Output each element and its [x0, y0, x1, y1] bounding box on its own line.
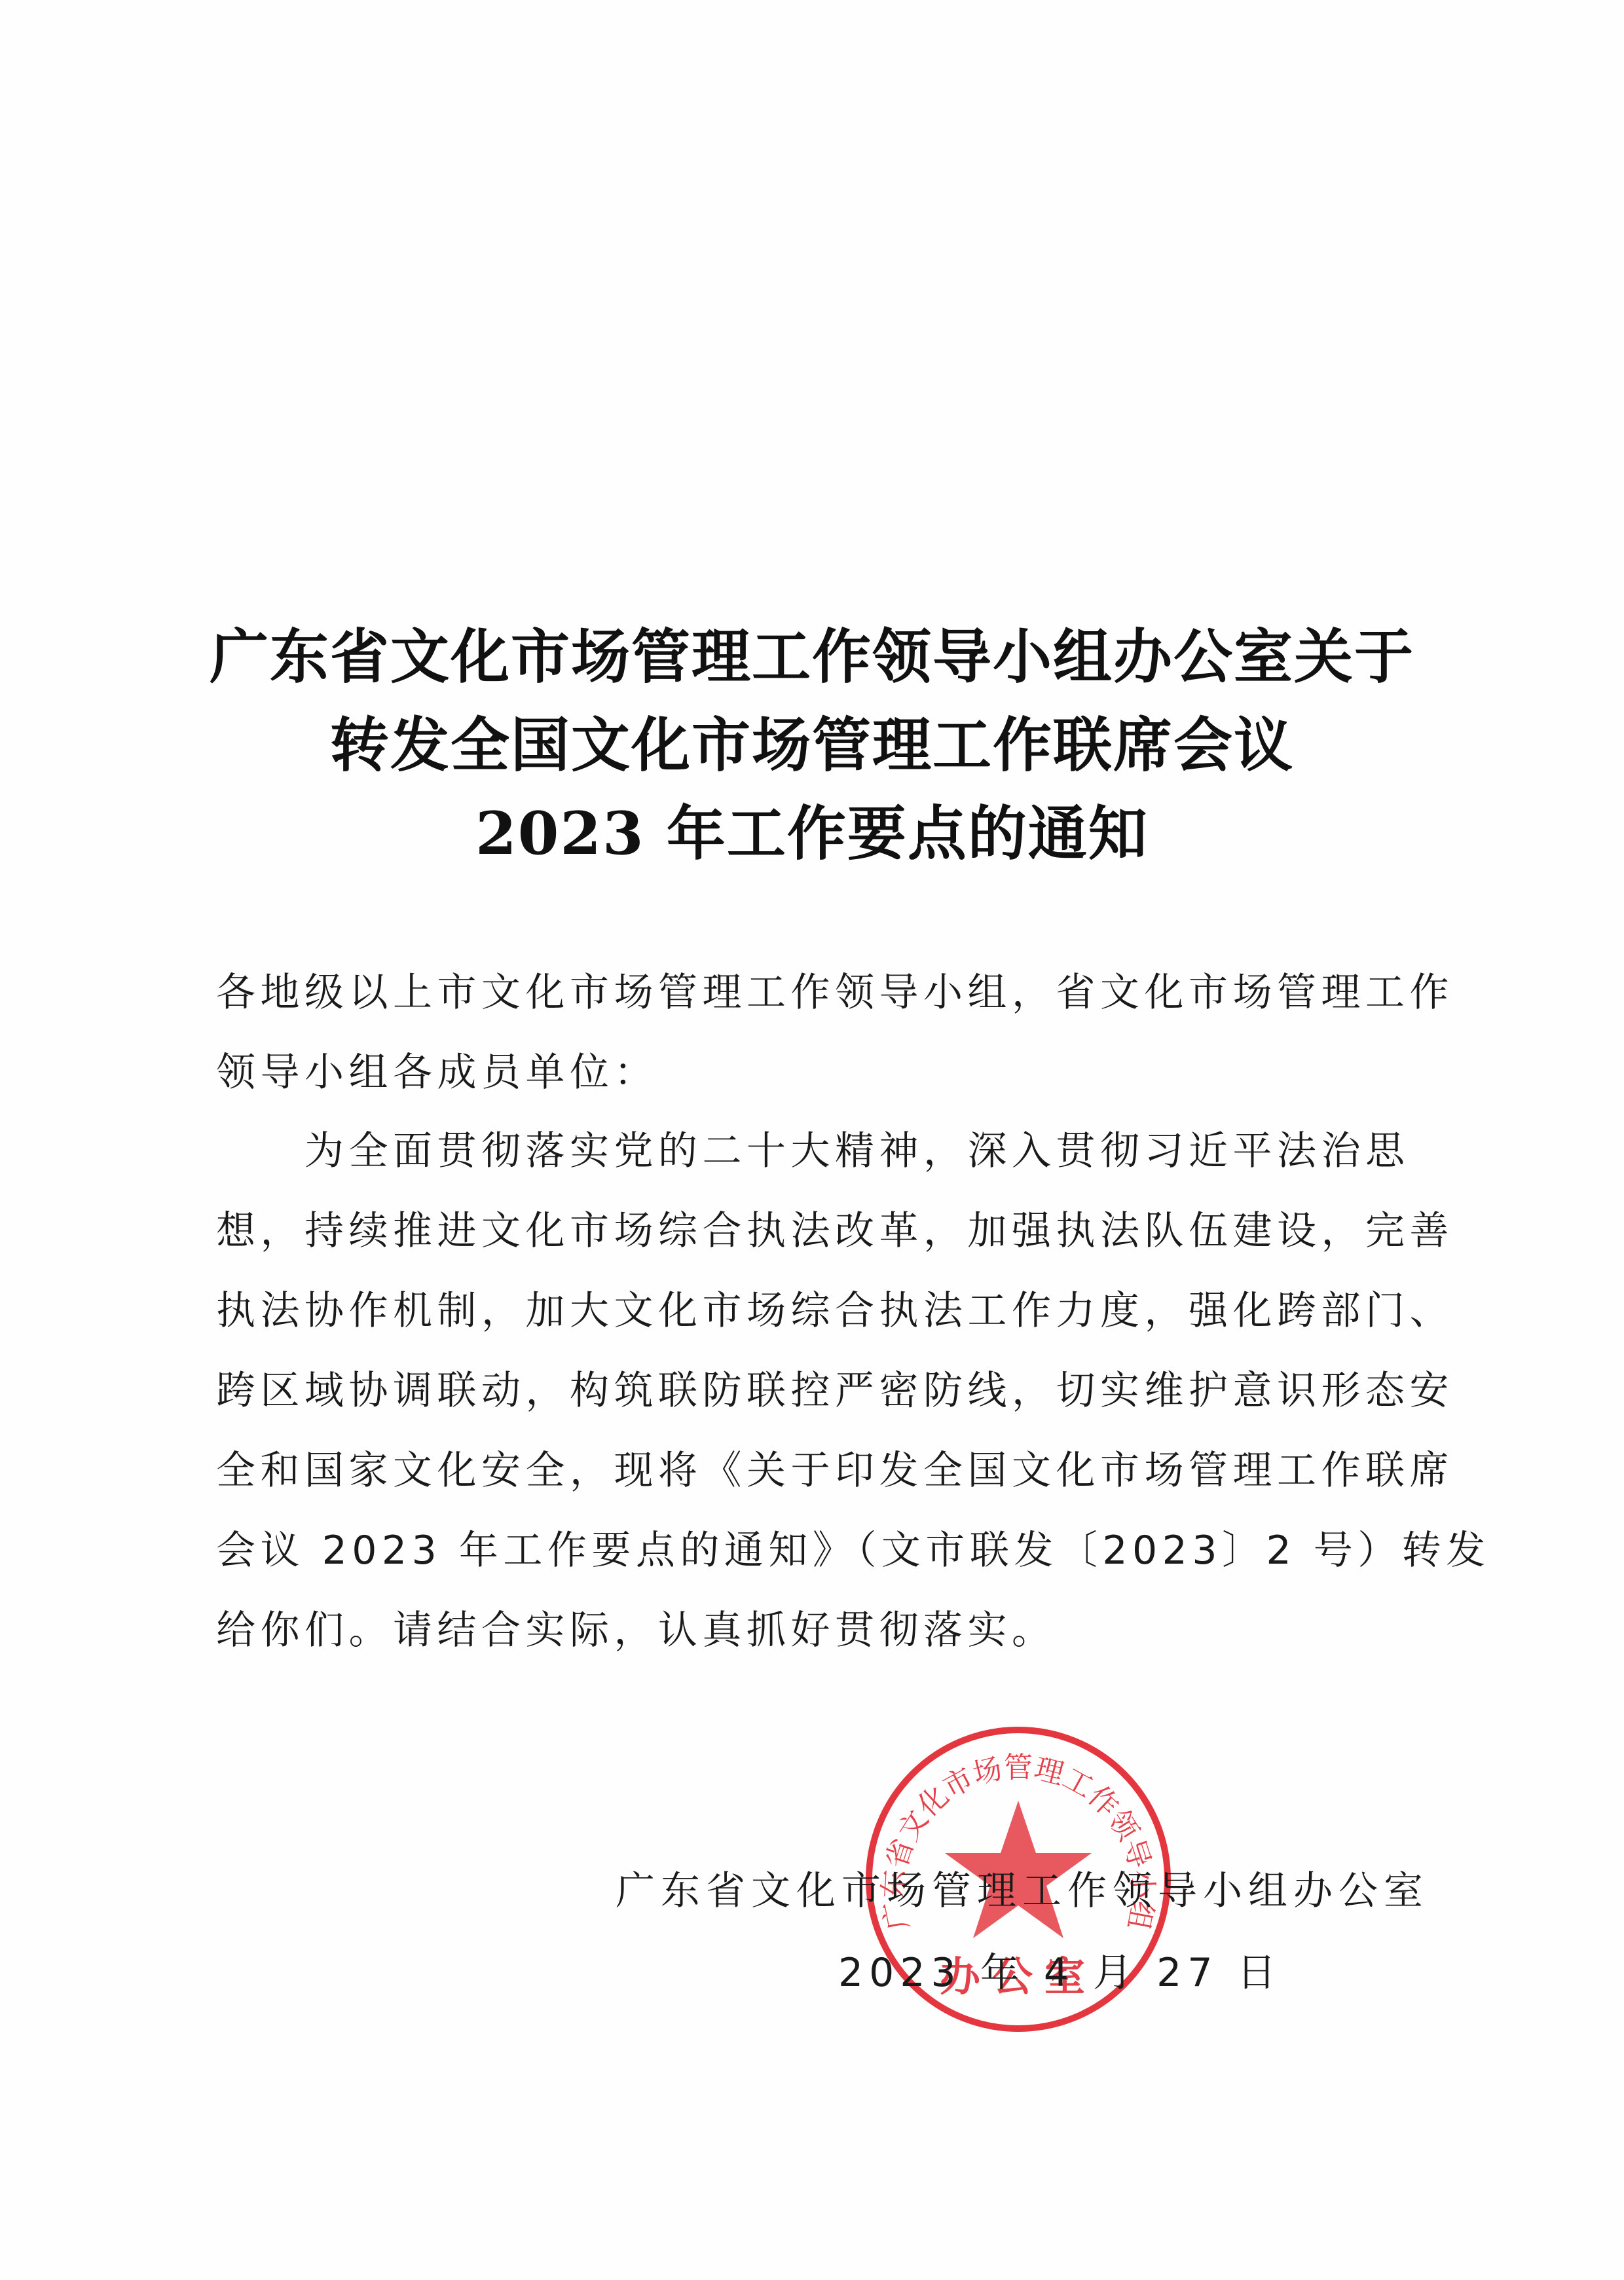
issue-date: 2023 年 4 月 27 日: [838, 1941, 1282, 1998]
addressee-line-2: 领导小组各成员单位：: [216, 1041, 1414, 1097]
title-line-3: 2023 年工作要点的通知: [0, 786, 1624, 871]
body-line-3: 执法协作机制，加大文化市场综合执法工作力度，强化跨部门、: [216, 1279, 1414, 1336]
body-line-4: 跨区域协调联动，构筑联防联控严密防线，切实维护意识形态安: [216, 1359, 1414, 1416]
document-page: 广东省文化市场管理工作领导小组办公室关于 转发全国文化市场管理工作联席会议 20…: [0, 0, 1624, 2280]
title-line-2: 转发全国文化市场管理工作联席会议: [0, 697, 1624, 782]
body-line-7: 给你们。请结合实际，认真抓好贯彻落实。: [216, 1599, 1414, 1655]
body-line-6: 会议 2023 年工作要点的通知》（文市联发〔2023〕2 号）转发: [216, 1519, 1414, 1575]
addressee-line-1: 各地级以上市文化市场管理工作领导小组，省文化市场管理工作: [216, 961, 1414, 1018]
body-line-5: 全和国家文化安全，现将《关于印发全国文化市场管理工作联席: [216, 1439, 1414, 1496]
title-line-1: 广东省文化市场管理工作领导小组办公室关于: [0, 609, 1624, 694]
body-line-2: 想，持续推进文化市场综合执法改革，加强执法队伍建设，完善: [216, 1200, 1414, 1256]
body-line-1: 为全面贯彻落实党的二十大精神，深入贯彻习近平法治思: [216, 1120, 1414, 1176]
issuer-signature: 广东省文化市场管理工作领导小组办公室: [616, 1860, 1429, 1916]
